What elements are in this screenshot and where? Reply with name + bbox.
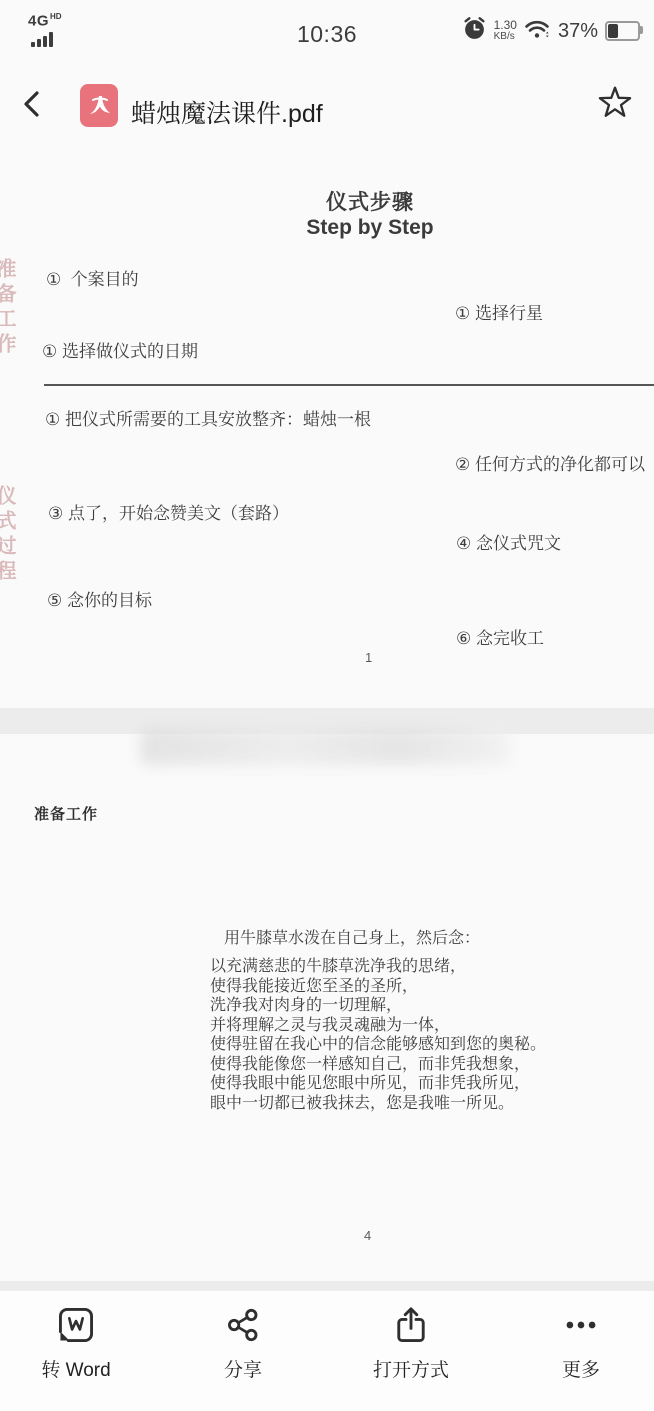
page1-side-label-top: 准备工作: [0, 258, 19, 358]
page2-line: 使得我能像您一样感知自己，而非凭我想象，: [210, 1055, 546, 1075]
page2-heading: 准备工作: [34, 803, 98, 824]
page1-item-4: ① 把仪式所需要的工具安放整齐：蜡烛一根: [45, 405, 371, 430]
network-speed: 1.30 KB/s: [494, 20, 517, 42]
star-outline-icon: [596, 84, 634, 122]
page1-title-cn: 仪式步骤: [86, 190, 654, 215]
app-header: 蜡烛魔法课件.pdf: [0, 62, 654, 150]
page2-line: 使得我眼中能见您眼中所见，而非凭我所见，: [210, 1074, 546, 1094]
phone-screen: 4GHD 10:36 1.30 KB/s: [0, 0, 654, 1411]
network-speed-unit: KB/s: [494, 31, 517, 42]
status-right-cluster: 1.30 KB/s 37%: [462, 14, 640, 48]
page1-side-label-bottom: 仪式过程: [0, 485, 19, 585]
pdf-file-icon: [80, 84, 118, 127]
more-label: 更多: [516, 1355, 646, 1382]
open-with-icon: [391, 1305, 431, 1349]
status-bar: 4GHD 10:36 1.30 KB/s: [0, 0, 654, 62]
more-icon: [561, 1305, 601, 1349]
page1-title: 仪式步骤 Step by Step: [86, 190, 654, 240]
bottom-toolbar: 转 Word 分享 打开方式: [0, 1291, 654, 1411]
page2-line: 使得驻留在我心中的信念能够感知到您的奥秘。: [210, 1035, 546, 1055]
share-button[interactable]: 分享: [178, 1305, 308, 1382]
network-speed-value: 1.30: [494, 20, 517, 31]
open-with-button[interactable]: 打开方式: [346, 1305, 476, 1382]
word-convert-icon: [56, 1305, 96, 1349]
page2-paragraph: 以充满慈悲的牛膝草洗净我的思绪， 使得我能接近您至圣的圣所， 洗净我对肉身的一切…: [210, 957, 546, 1113]
page1-divider-line: [44, 384, 654, 386]
page2-intro-line: 用牛膝草水泼在自己身上，然后念：: [224, 925, 480, 948]
page1-item-8: ⑤ 念你的目标: [47, 586, 152, 611]
page1-item-3: ① 选择做仪式的日期: [42, 337, 198, 362]
page2-line: 眼中一切都已被我抹去，您是我唯一所见。: [210, 1094, 546, 1114]
page1-item-6: ③ 点了，开始念赞美文（套路）: [48, 499, 289, 524]
convert-to-word-button[interactable]: 转 Word: [11, 1305, 141, 1382]
alarm-icon: [462, 16, 487, 46]
blurred-region: [140, 727, 510, 765]
page1-item-9: ⑥ 念完收工: [456, 624, 544, 649]
share-label: 分享: [178, 1355, 308, 1382]
chevron-left-icon: [18, 88, 48, 120]
document-title: 蜡烛魔法课件.pdf: [131, 94, 323, 130]
battery-icon: [605, 21, 640, 41]
page1-item-7: ④ 念仪式咒文: [456, 529, 561, 554]
page2-number: 4: [364, 1228, 371, 1243]
battery-percent-label: 37%: [558, 20, 598, 43]
open-with-label: 打开方式: [346, 1355, 476, 1382]
page1-number: 1: [365, 650, 372, 665]
convert-to-word-label: 转 Word: [11, 1355, 141, 1382]
favorite-star-button[interactable]: [596, 84, 636, 124]
pdf-viewport[interactable]: 准备工作 仪式过程 仪式步骤 Step by Step ① 个案目的 ① 选择行…: [0, 150, 654, 1291]
back-button[interactable]: [18, 88, 54, 124]
page2-line: 并将理解之灵与我灵魂融为一体，: [210, 1016, 546, 1036]
page2-line: 使得我能接近您至圣的圣所，: [210, 977, 546, 997]
page1-item-2: ① 选择行星: [455, 299, 543, 324]
wifi-icon: [524, 17, 551, 46]
hd-badge: HD: [50, 12, 62, 21]
share-icon: [223, 1305, 263, 1349]
page2-line: 以充满慈悲的牛膝草洗净我的思绪，: [210, 957, 546, 977]
bottom-separator: [0, 1281, 654, 1291]
page2-line: 洗净我对肉身的一切理解，: [210, 996, 546, 1016]
page1-item-1: ① 个案目的: [46, 265, 139, 290]
page1-title-en: Step by Step: [86, 215, 654, 240]
page1-item-5: ② 任何方式的净化都可以: [455, 450, 645, 475]
more-button[interactable]: 更多: [516, 1305, 646, 1382]
